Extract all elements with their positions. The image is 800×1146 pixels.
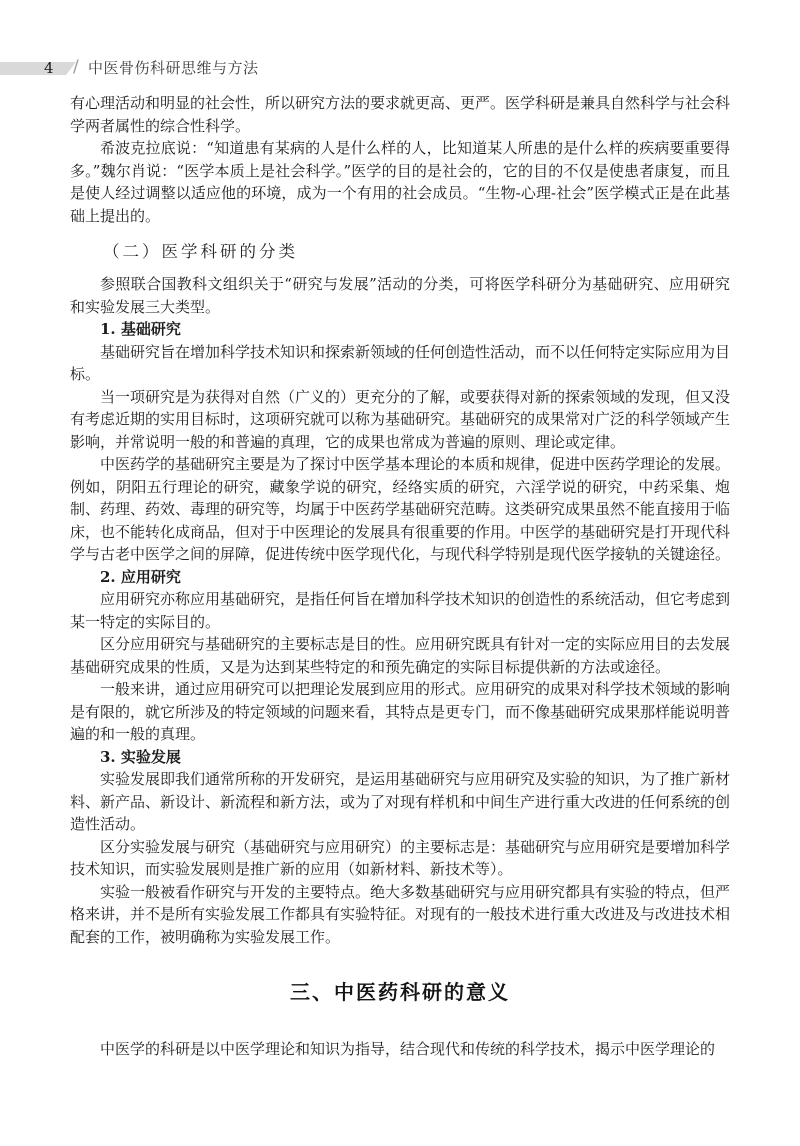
running-header: 4 / 中医骨伤科研思维与方法 xyxy=(0,58,800,78)
body-paragraph: 中医药学的基础研究主要是为了探讨中医学基本理论的本质和规律，促进中医药学理论的发… xyxy=(70,453,730,566)
body-paragraph: 参照联合国教科文组织关于“研究与发展”活动的分类，可将医学科研分为基础研究、应用… xyxy=(70,273,730,318)
body-paragraph: 实验一般被看作研究与开发的主要特点。绝大多数基础研究与应用研究都具有实验的特点，… xyxy=(70,881,730,949)
header-slash-separator: / xyxy=(73,57,79,78)
subsection-heading: （二）医学科研的分类 xyxy=(70,240,730,264)
book-page: 4 / 中医骨伤科研思维与方法 有心理活动和明显的社会性，所以研究方法的要求就更… xyxy=(0,0,800,1146)
page-number: 4 xyxy=(44,58,54,78)
page-number-bar xyxy=(0,62,76,75)
body-paragraph: 希波克拉底说：“知道患有某病的人是什么样的人，比知道某人所患的是什么样的疾病要重… xyxy=(70,137,730,227)
book-title: 中医骨伤科研思维与方法 xyxy=(88,58,259,78)
body-paragraph: 一般来讲，通过应用研究可以把理论发展到应用的形式。应用研究的成果对科学技术领域的… xyxy=(70,678,730,746)
body-paragraph: 区分实验发展与研究（基础研究与应用研究）的主要标志是：基础研究与应用研究是要增加… xyxy=(70,836,730,881)
numbered-heading: 1. 基础研究 xyxy=(70,318,730,341)
page-body: 有心理活动和明显的社会性，所以研究方法的要求就更高、更严。医学科研是兼具自然科学… xyxy=(70,92,730,1061)
body-paragraph: 区分应用研究与基础研究的主要标志是目的性。应用研究既具有针对一定的实际应用目的去… xyxy=(70,633,730,678)
section-heading: 三、中医药科研的意义 xyxy=(70,978,730,1006)
body-paragraph: 中医学的科研是以中医学理论和知识为指导，结合现代和传统的科学技术，揭示中医学理论… xyxy=(70,1038,730,1061)
numbered-heading: 2. 应用研究 xyxy=(70,566,730,589)
numbered-heading: 3. 实验发展 xyxy=(70,746,730,769)
body-paragraph: 有心理活动和明显的社会性，所以研究方法的要求就更高、更严。医学科研是兼具自然科学… xyxy=(70,92,730,137)
body-paragraph: 实验发展即我们通常所称的开发研究，是运用基础研究与应用研究及实验的知识，为了推广… xyxy=(70,768,730,836)
body-paragraph: 基础研究旨在增加科学技术知识和探索新领域的任何创造性活动，而不以任何特定实际应用… xyxy=(70,341,730,386)
body-paragraph: 当一项研究是为获得对自然（广义的）更充分的了解，或要获得对新的探索领域的发现，但… xyxy=(70,386,730,454)
body-paragraph: 应用研究亦称应用基础研究，是指任何旨在增加科学技术知识的创造性的系统活动，但它考… xyxy=(70,588,730,633)
